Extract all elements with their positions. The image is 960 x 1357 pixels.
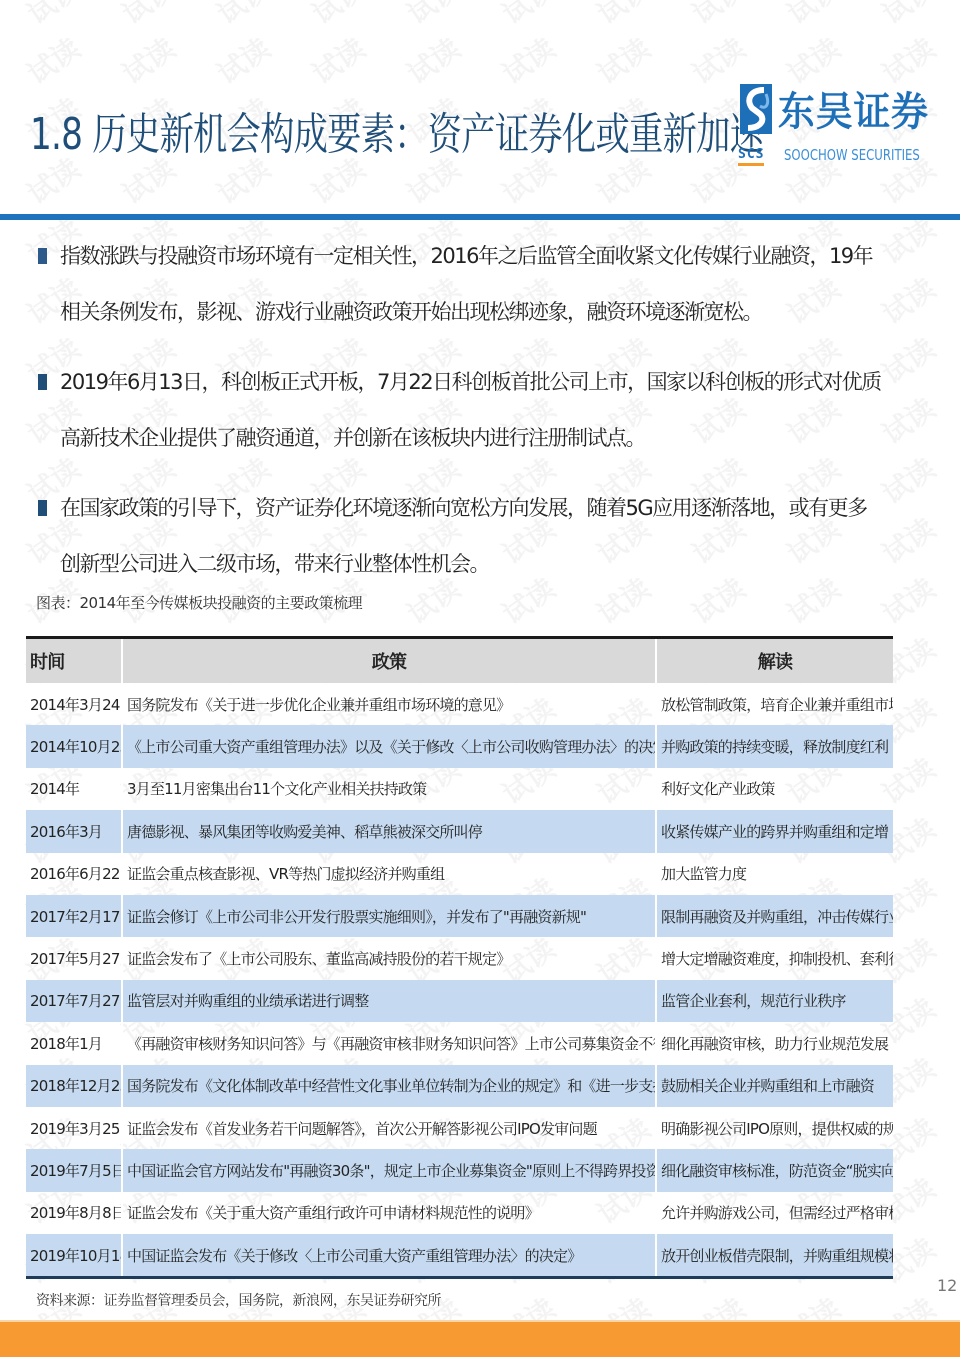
table-row: 2018年12月25日国务院发布《文化体制改革中经营性文化事业单位转制为企业的规…	[26, 1065, 893, 1107]
company-logo: 东吴证券 SCS SOOCHOW SECURITIES	[738, 80, 908, 175]
watermark-text: 试读	[779, 0, 848, 32]
cell-date: 2018年1月	[26, 1022, 122, 1064]
column-header-policy: 政策	[122, 638, 656, 684]
bullet-square-icon	[38, 374, 47, 390]
cell-reading: 放松管制政策，培育企业兼并重组市场环境	[656, 683, 893, 725]
cell-date: 2017年5月27日	[26, 937, 122, 979]
cell-policy: 证监会修订《上市公司非公开发行股票实施细则》，并发布了"再融资新规"	[122, 895, 656, 937]
watermark-text: 试读	[874, 568, 943, 633]
cell-reading: 放开创业板借壳限制，并购重组规模将出现回升	[656, 1234, 893, 1278]
footer-bar	[0, 1320, 960, 1357]
table-row: 2017年7月27日监管层对并购重组的业绩承诺进行调整监管企业套利，规范行业秩序	[26, 980, 893, 1022]
cell-policy: 证监会重点核查影视、VR等热门虚拟经济并购重组	[122, 853, 656, 895]
cell-policy: 唐德影视、暴风集团等收购爱美神、稻草熊被深交所叫停	[122, 810, 656, 852]
cell-date: 2014年	[26, 768, 122, 810]
table-row: 2014年10月23日《上市公司重大资产重组管理办法》以及《关于修改〈上市公司收…	[26, 725, 893, 767]
watermark-text: 试读	[874, 268, 943, 333]
watermark-text: 试读	[19, 0, 88, 32]
watermark-text: 试读	[209, 28, 278, 93]
table-row: 2014年3月24日国务院发布《关于进一步优化企业兼并重组市场环境的意见》放松管…	[26, 683, 893, 725]
cell-policy: 国务院发布《文化体制改革中经营性文化事业单位转制为企业的规定》和《进一步支持文化…	[122, 1065, 656, 1107]
table-row: 2014年3月至11月密集出台11个文化产业相关扶持政策利好文化产业政策	[26, 768, 893, 810]
cell-reading: 限制再融资及并购重组，冲击传媒行业	[656, 895, 893, 937]
cell-date: 2019年10月18日	[26, 1234, 122, 1278]
cell-date: 2017年2月17日	[26, 895, 122, 937]
page-title: 1.8 历史新机会构成要素：资产证券化或重新加速	[30, 98, 763, 162]
table-row: 2019年7月5日中国证监会官方网站发布"再融资30条"，规定上市企业募集资金"…	[26, 1149, 893, 1191]
header-divider	[0, 214, 960, 220]
watermark-text: 试读	[874, 448, 943, 513]
cell-reading: 细化融资审核标准，防范资金“脱实向虚”	[656, 1149, 893, 1191]
cell-reading: 加大监管力度	[656, 853, 893, 895]
column-header-reading: 解读	[656, 638, 893, 684]
bullet-point: 在国家政策的引导下，资产证券化环境逐渐向宽松方向发展，随着5G应用逐渐落地，或有…	[38, 480, 883, 592]
watermark-text: 试读	[209, 0, 278, 32]
cell-policy: 中国证监会发布《关于修改〈上市公司重大资产重组管理办法〉的决定》	[122, 1234, 656, 1278]
table-row: 2016年6月22日证监会重点核查影视、VR等热门虚拟经济并购重组加大监管力度	[26, 853, 893, 895]
bullet-text: 指数涨跌与投融资市场环境有一定相关性，2016年之后监管全面收紧文化传媒行业融资…	[60, 228, 883, 340]
source-note: 资料来源：证券监督管理委员会，国务院，新浪网，东吴证券研究所	[36, 1290, 441, 1310]
watermark-text: 试读	[399, 28, 468, 93]
watermark-text: 试读	[494, 28, 563, 93]
cell-policy: 证监会发布《关于重大资产重组行政许可申请材料规范性的说明》	[122, 1192, 656, 1234]
cell-date: 2018年12月25日	[26, 1065, 122, 1107]
bullet-point: 2019年6月13日，科创板正式开板，7月22日科创板首批公司上市，国家以科创板…	[38, 354, 883, 466]
table-caption: 图表：2014年至今传媒板块投融资的主要政策梳理	[36, 592, 362, 613]
cell-reading: 增大定增融资难度，抑制投机、套利行为	[656, 937, 893, 979]
column-header-date: 时间	[26, 638, 122, 684]
bullet-square-icon	[38, 500, 47, 516]
cell-date: 2014年10月23日	[26, 725, 122, 767]
cell-reading: 细化再融资审核，助力行业规范发展	[656, 1022, 893, 1064]
cell-date: 2019年7月5日	[26, 1149, 122, 1191]
logo-abbreviation: SCS	[738, 147, 764, 166]
cell-policy: 国务院发布《关于进一步优化企业兼并重组市场环境的意见》	[122, 683, 656, 725]
watermark-text: 试读	[114, 0, 183, 32]
logo-chinese-name: 东吴证券	[778, 80, 929, 137]
cell-reading: 鼓励相关企业并购重组和上市融资	[656, 1065, 893, 1107]
cell-policy: 《再融资审核财务知识问答》与《再融资审核非财务知识问答》上市公司募集资金不得跨界…	[122, 1022, 656, 1064]
watermark-text: 试读	[874, 388, 943, 453]
watermark-text: 试读	[304, 0, 373, 32]
table-row: 2019年10月18日中国证监会发布《关于修改〈上市公司重大资产重组管理办法〉的…	[26, 1234, 893, 1278]
cell-policy: 监管层对并购重组的业绩承诺进行调整	[122, 980, 656, 1022]
cell-date: 2017年7月27日	[26, 980, 122, 1022]
cell-reading: 利好文化产业政策	[656, 768, 893, 810]
bullet-square-icon	[38, 248, 47, 264]
cell-reading: 监管企业套利，规范行业秩序	[656, 980, 893, 1022]
bullet-text: 2019年6月13日，科创板正式开板，7月22日科创板首批公司上市，国家以科创板…	[60, 354, 883, 466]
cell-policy: 3月至11月密集出台11个文化产业相关扶持政策	[122, 768, 656, 810]
watermark-text: 试读	[114, 28, 183, 93]
table-header-row: 时间 政策 解读	[26, 638, 893, 684]
cell-policy: 证监会发布了《上市公司股东、董监高减持股份的若干规定》	[122, 937, 656, 979]
cell-date: 2016年6月22日	[26, 853, 122, 895]
page-number: 12	[937, 1276, 957, 1295]
watermark-text: 试读	[874, 0, 943, 32]
watermark-text: 试读	[684, 0, 753, 32]
watermark-text: 试读	[589, 28, 658, 93]
logo-english-name: SOOCHOW SECURITIES	[784, 146, 920, 164]
cell-policy: 中国证监会官方网站发布"再融资30条"，规定上市企业募集资金"原则上不得跨界投资…	[122, 1149, 656, 1191]
watermark-text: 试读	[399, 0, 468, 32]
cell-date: 2016年3月	[26, 810, 122, 852]
cell-policy: 《上市公司重大资产重组管理办法》以及《关于修改〈上市公司收购管理办法〉的决定》正…	[122, 725, 656, 767]
watermark-text: 试读	[304, 28, 373, 93]
soochow-logo-mark-icon	[740, 84, 772, 134]
watermark-text: 试读	[874, 508, 943, 573]
cell-reading: 允许并购游戏公司，但需经过严格审核	[656, 1192, 893, 1234]
cell-policy: 证监会发布《首发业务若干问题解答》，首次公开解答影视公司IPO发审问题	[122, 1107, 656, 1149]
table-row: 2017年2月17日证监会修订《上市公司非公开发行股票实施细则》，并发布了"再融…	[26, 895, 893, 937]
watermark-text: 试读	[494, 0, 563, 32]
table-row: 2018年1月《再融资审核财务知识问答》与《再融资审核非财务知识问答》上市公司募…	[26, 1022, 893, 1064]
cell-date: 2019年8月8日	[26, 1192, 122, 1234]
bullet-text: 在国家政策的引导下，资产证券化环境逐渐向宽松方向发展，随着5G应用逐渐落地，或有…	[60, 480, 883, 592]
watermark-text: 试读	[19, 28, 88, 93]
watermark-text: 试读	[874, 328, 943, 393]
cell-date: 2019年3月25日	[26, 1107, 122, 1149]
policy-table: 时间 政策 解读 2014年3月24日国务院发布《关于进一步优化企业兼并重组市场…	[26, 636, 893, 1279]
cell-date: 2014年3月24日	[26, 683, 122, 725]
watermark-text: 试读	[589, 0, 658, 32]
table-row: 2017年5月27日证监会发布了《上市公司股东、董监高减持股份的若干规定》增大定…	[26, 937, 893, 979]
table-row: 2016年3月唐德影视、暴风集团等收购爱美神、稻草熊被深交所叫停收紧传媒产业的跨…	[26, 810, 893, 852]
table-row: 2019年3月25日证监会发布《首发业务若干问题解答》，首次公开解答影视公司IP…	[26, 1107, 893, 1149]
table-row: 2019年8月8日证监会发布《关于重大资产重组行政许可申请材料规范性的说明》允许…	[26, 1192, 893, 1234]
cell-reading: 并购政策的持续变暖，释放制度红利	[656, 725, 893, 767]
cell-reading: 明确影视公司IPO原则，提供权威的规范指引	[656, 1107, 893, 1149]
bullet-point: 指数涨跌与投融资市场环境有一定相关性，2016年之后监管全面收紧文化传媒行业融资…	[38, 228, 883, 340]
cell-reading: 收紧传媒产业的跨界并购重组和定增	[656, 810, 893, 852]
